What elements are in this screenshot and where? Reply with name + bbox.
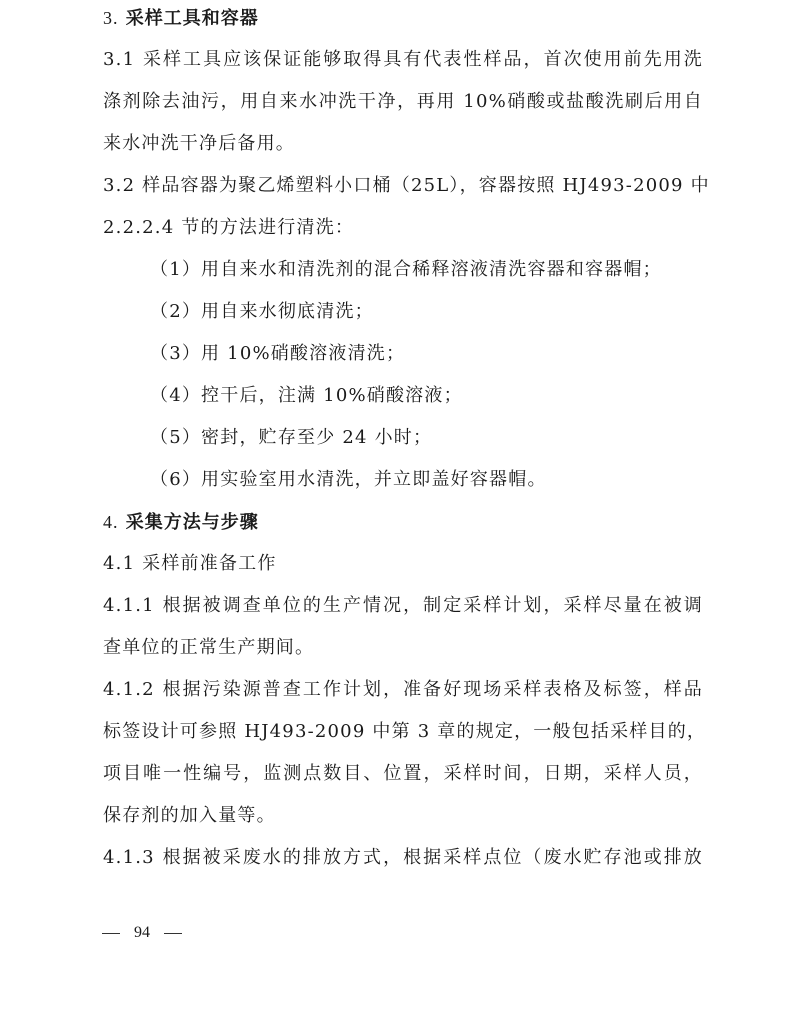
paragraph-line: 涤剂除去油污，用自来水冲洗干净，再用 10%硝酸或盐酸洗刷后用自 [103,90,703,114]
section-number: 4. [103,512,119,532]
document-page: 3. 采样工具和容器 3.1 采样工具应该保证能够取得具有代表性样品，首次使用前… [0,0,800,1014]
cleaning-step-6: （6）用实验室用水清洗，并立即盖好容器帽。 [150,468,547,492]
paragraph-line: 查单位的正常生产期间。 [103,636,703,660]
paragraph-line: 保存剂的加入量等。 [103,804,703,828]
paragraph-line: 3.1 采样工具应该保证能够取得具有代表性样品，首次使用前先用洗 [103,48,703,72]
paragraph-line: 3.2 样品容器为聚乙烯塑料小口桶（25L），容器按照 HJ493-2009 中 [103,174,703,198]
paragraph-line: 标签设计可参照 HJ493-2009 中第 3 章的规定，一般包括采样目的， [103,720,703,744]
cleaning-step-1: （1）用自来水和清洗剂的混合稀释溶液清洗容器和容器帽； [150,258,662,282]
paragraph-line: 4.1.2 根据污染源普查工作计划，准备好现场采样表格及标签，样品 [103,678,703,702]
section-title: 采集方法与步骤 [126,512,259,533]
section-heading-3: 3. 采样工具和容器 [103,6,703,31]
paragraph-line: 4.1.1 根据被调查单位的生产情况，制定采样计划，采样尽量在被调 [103,594,703,618]
page-footer: 94 [102,922,182,944]
subsection-heading: 4.1 采样前准备工作 [103,552,703,576]
paragraph-line: 来水冲洗干净后备用。 [103,132,703,156]
cleaning-step-3: （3）用 10%硝酸溶液清洗； [150,342,405,366]
paragraph-line: 项目唯一性编号，监测点数目、位置，采样时间，日期，采样人员， [103,762,703,786]
cleaning-step-5: （5）密封，贮存至少 24 小时； [150,426,432,450]
section-heading-4: 4. 采集方法与步骤 [103,510,703,535]
section-number: 3. [103,8,119,28]
paragraph-line: 2.2.2.4 节的方法进行清洗： [103,216,703,240]
cleaning-step-4: （4）控干后，注满 10%硝酸溶液； [150,384,463,408]
section-title: 采样工具和容器 [126,8,259,29]
dash-left-decoration [102,933,120,934]
dash-right-decoration [164,933,182,934]
cleaning-step-2: （2）用自来水彻底清洗； [150,300,374,324]
paragraph-line: 4.1.3 根据被采废水的排放方式，根据采样点位（废水贮存池或排放 [103,846,703,870]
page-number: 94 [134,922,150,944]
